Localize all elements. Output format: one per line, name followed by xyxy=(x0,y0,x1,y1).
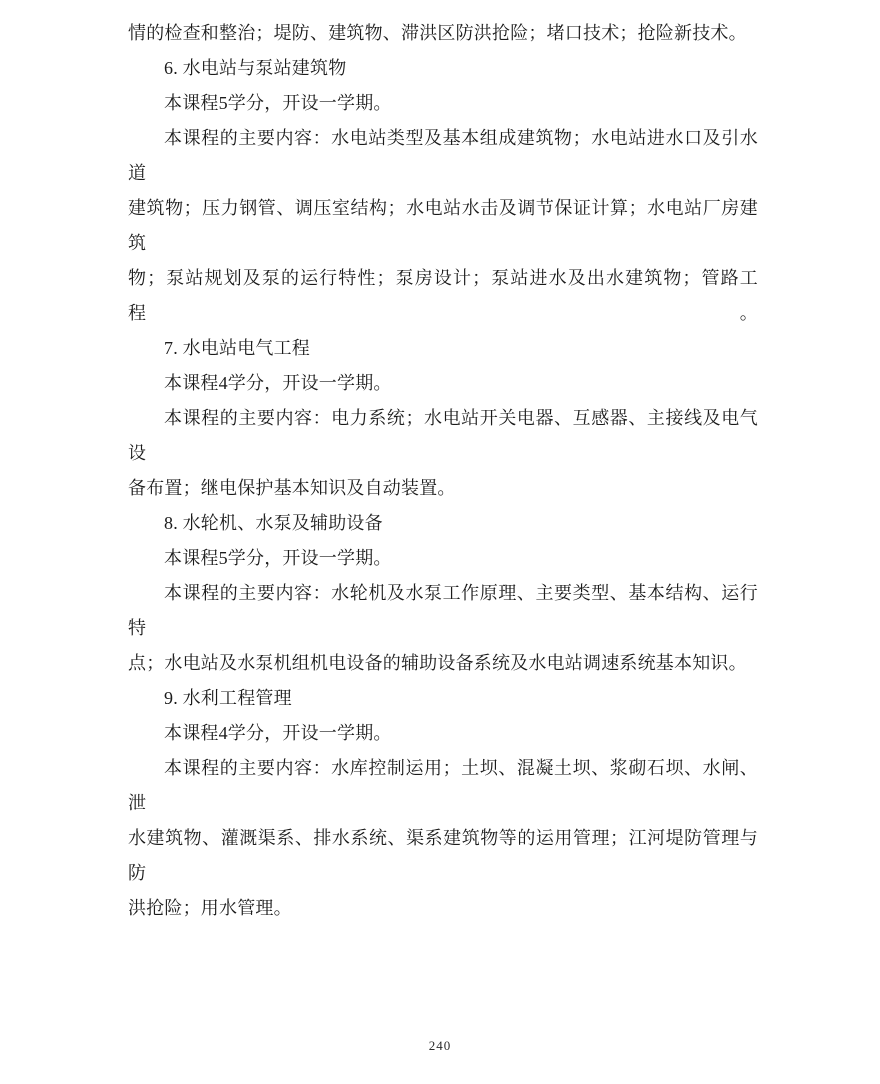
course-content-line: 本课程的主要内容：水库控制运用；土坝、混凝土坝、浆砌石坝、水闸、泄 xyxy=(128,751,758,821)
course-credits-6: 本课程5学分，开设一学期。 xyxy=(128,86,758,121)
course-content-line: 点；水电站及水泵机组机电设备的辅助设备系统及水电站调速系统基本知识。 xyxy=(128,646,758,681)
course-content-line: 建筑物；压力钢管、调压室结构；水电站水击及调节保证计算；水电站厂房建筑 xyxy=(128,191,758,261)
paragraph-continuation-line: 情的检查和整治；堤防、建筑物、滞洪区防洪抢险；堵口技术；抢险新技术。 xyxy=(128,16,758,51)
body-text-block: 情的检查和整治；堤防、建筑物、滞洪区防洪抢险；堵口技术；抢险新技术。 6. 水电… xyxy=(128,16,758,926)
course-credits-8: 本课程5学分，开设一学期。 xyxy=(128,541,758,576)
course-content-line: 本课程的主要内容：水轮机及水泵工作原理、主要类型、基本结构、运行特 xyxy=(128,576,758,646)
course-credits-7: 本课程4学分，开设一学期。 xyxy=(128,366,758,401)
course-content-line: 本课程的主要内容：电力系统；水电站开关电器、互感器、主接线及电气设 xyxy=(128,401,758,471)
course-content-line: 物；泵站规划及泵的运行特性；泵房设计；泵站进水及出水建筑物；管路工程。 xyxy=(128,261,758,331)
course-content-line: 水建筑物、灌溉渠系、排水系统、渠系建筑物等的运用管理；江河堤防管理与防 xyxy=(128,821,758,891)
course-content-line: 本课程的主要内容：水电站类型及基本组成建筑物；水电站进水口及引水道 xyxy=(128,121,758,191)
course-content-line: 洪抢险；用水管理。 xyxy=(128,891,758,926)
page-number: 240 xyxy=(0,1038,880,1054)
course-content-line: 备布置；继电保护基本知识及自动装置。 xyxy=(128,471,758,506)
document-page: 情的检查和整治；堤防、建筑物、滞洪区防洪抢险；堵口技术；抢险新技术。 6. 水电… xyxy=(0,0,880,1084)
course-heading-9: 9. 水利工程管理 xyxy=(128,681,758,716)
course-heading-6: 6. 水电站与泵站建筑物 xyxy=(128,51,758,86)
course-heading-7: 7. 水电站电气工程 xyxy=(128,331,758,366)
course-heading-8: 8. 水轮机、水泵及辅助设备 xyxy=(128,506,758,541)
course-credits-9: 本课程4学分，开设一学期。 xyxy=(128,716,758,751)
